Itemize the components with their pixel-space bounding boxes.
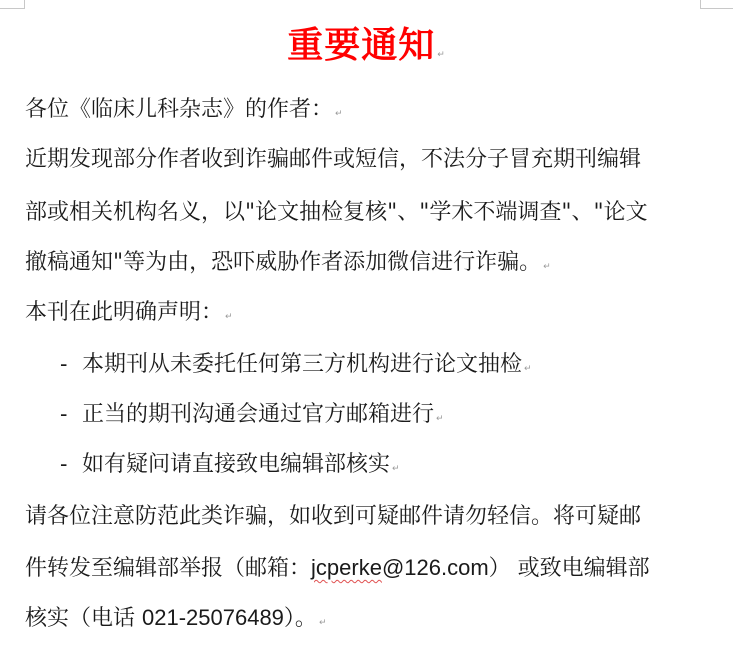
paragraph-line: 撤稿通知"等为由，恐吓威胁作者添加微信进行诈骗。↵: [25, 248, 551, 282]
bullet-item: -如有疑问请直接致电编辑部核实↵: [60, 450, 400, 484]
paragraph-line: 部或相关机构名义，以"论文抽检复核"、"学术不端调查"、"论文: [25, 198, 648, 228]
paragraph-mark-icon: ↵: [335, 109, 343, 119]
paragraph-mark-icon: ↵: [392, 464, 400, 474]
paragraph-mark-icon: ↵: [543, 262, 551, 272]
page-corner-mark-right: [700, 0, 733, 9]
paragraph-mark-icon: ↵: [524, 364, 532, 374]
statement-intro: 本刊在此明确声明：↵: [25, 298, 233, 332]
phone-number: 021-25076489: [142, 605, 284, 630]
paragraph-mark-icon: ↵: [436, 414, 444, 424]
paragraph-mark-icon: ↵: [437, 50, 446, 60]
bullet-item: -正当的期刊沟通会通过官方邮箱进行↵: [60, 400, 444, 434]
bullet-item: -本期刊从未委托任何第三方机构进行论文抽检↵: [60, 350, 532, 384]
dash-bullet-icon: -: [60, 450, 82, 480]
closing-line: 件转发至编辑部举报（邮箱：jcperke@126.com） 或致电编辑部: [25, 553, 650, 584]
closing-line: 请各位注意防范此类诈骗，如收到可疑邮件请勿轻信。将可疑邮: [25, 502, 641, 532]
paragraph-line: 近期发现部分作者收到诈骗邮件或短信，不法分子冒充期刊编辑: [25, 145, 641, 175]
notice-title: 重要通知↵: [0, 22, 733, 78]
dash-bullet-icon: -: [60, 350, 82, 380]
paragraph-mark-icon: ↵: [319, 618, 327, 628]
page-corner-mark-left: [0, 0, 25, 9]
greeting: 各位《临床儿科杂志》的作者：↵: [25, 95, 343, 129]
closing-line: 核实（电话 021-25076489）。↵: [25, 603, 326, 638]
dash-bullet-icon: -: [60, 400, 82, 430]
paragraph-mark-icon: ↵: [225, 312, 233, 322]
email-address[interactable]: jcperke@126.com: [311, 555, 489, 580]
